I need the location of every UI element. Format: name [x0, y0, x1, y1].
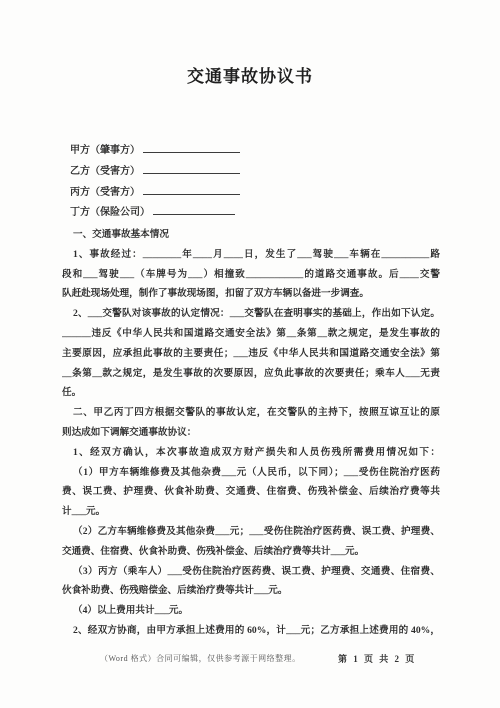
document-title: 交通事故协议书	[0, 62, 500, 87]
body-line: 伙食补助费、伤残赔偿金、后续治疗费等共计___元。	[62, 581, 440, 601]
body-line: （3）丙方（乘车人）___受伤住院治疗医药费、误工费、护理费、交通费、住宿费、	[62, 562, 440, 582]
party-blank-line	[143, 141, 240, 153]
party-label: 乙方（受害方）	[70, 166, 140, 177]
page-number: 第 1 页 共 2 页	[338, 652, 416, 665]
body-line: 1、事故经过：________年____月____日，发生了___驾驶___车辆…	[62, 245, 440, 265]
document-page: 交通事故协议书 甲方（肇事方） 乙方（受害方） 丙方（受害方） 丁方（保险公司）…	[0, 0, 500, 708]
party-label: 丙方（受害方）	[70, 187, 140, 198]
body-line: 任。	[62, 383, 440, 403]
body-line: __条第__款之规定，是发生事故的次要原因，应负此事故的次要责任；乘车人___无…	[62, 364, 440, 384]
body-line: 则达成如下调解交通事故协议：	[62, 423, 440, 443]
body-line: 1、经双方确认，本次事故造成双方财产损失和人员伤残所需费用情况如下：	[62, 443, 440, 463]
document-body: 一、交通事故基本情况 1、事故经过：________年____月____日，发生…	[62, 225, 440, 641]
party-label: 甲方（肇事方）	[70, 145, 140, 156]
footer-note: （Word 格式）合同可编辑，仅供参考源于网络整理。	[100, 653, 301, 664]
body-line: （1）甲方车辆维修费及其他杂费___元（人民币，以下同）；___受伤住院治疗医药	[62, 463, 440, 483]
party-row: 丙方（受害方）	[70, 183, 370, 204]
body-line: 2、经双方协商，由甲方承担上述费用的 60%，计___元；乙方承担上述费用的 4…	[62, 621, 440, 641]
body-line: 交通费、住宿费、伙食补助费、伤残补偿金、后续治疗费等共计___元。	[62, 542, 440, 562]
body-line: 2、___交警队对该事故的认定情况：___交警队在查明事实的基础上，作出如下认定…	[62, 304, 440, 324]
party-row: 甲方（肇事方）	[70, 141, 370, 162]
section-2-heading: 二、甲乙丙丁四方根据交警队的事故认定，在交警队的主持下，按照互谅互让的原	[62, 403, 440, 423]
party-blank-line	[143, 162, 240, 174]
body-line: （2）乙方车辆维修费及其他杂费___元；___受伤住院治疗医药费、误工费、护理费…	[62, 522, 440, 542]
body-line: 主要原因，应承担此事故的主要责任；___违反《中华人民共和国道路交通安全法》第	[62, 344, 440, 364]
body-line: （4）以上费用共计___元。	[62, 601, 440, 621]
body-line: ______违反《中华人民共和国道路交通安全法》第__条第__款之规定，是发生事…	[62, 324, 440, 344]
body-line: 段和___驾驶___（车牌号为___）相撞致____________的道路交通事…	[62, 265, 440, 285]
section-1-heading: 一、交通事故基本情况	[62, 225, 440, 245]
body-line: 队赶赴现场处理，制作了事故现场图，扣留了双方车辆以备进一步调查。	[62, 284, 440, 304]
body-line: 计___元。	[62, 502, 440, 522]
party-label: 丁方（保险公司）	[70, 207, 150, 218]
party-blank-line	[143, 183, 240, 195]
party-row: 丁方（保险公司）	[70, 203, 370, 224]
party-blank-line	[153, 203, 235, 215]
party-row: 乙方（受害方）	[70, 162, 370, 183]
parties-block: 甲方（肇事方） 乙方（受害方） 丙方（受害方） 丁方（保险公司）	[70, 141, 370, 224]
body-line: 费、误工费、护理费、伙食补助费、交通费、住宿费、伤残补偿金、后续治疗费等共	[62, 482, 440, 502]
